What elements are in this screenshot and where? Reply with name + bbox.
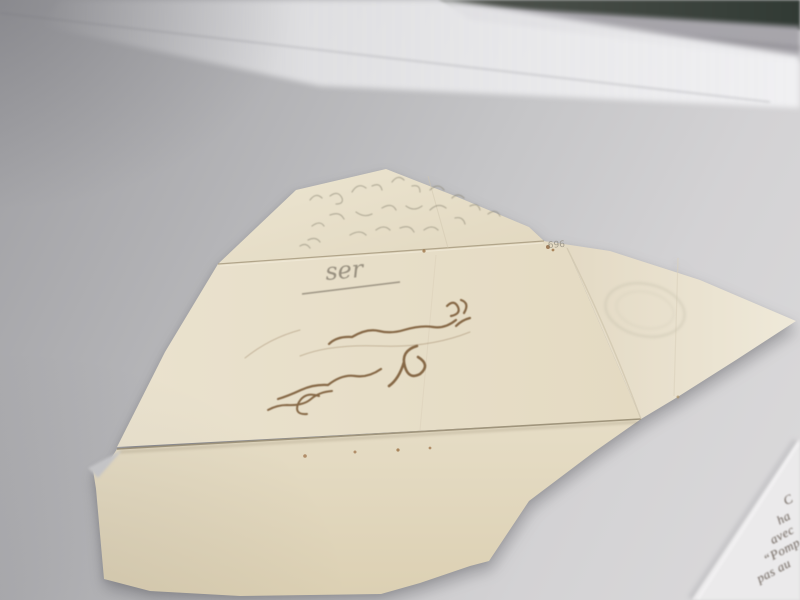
inventory-mark: 696	[548, 240, 566, 251]
museum-photo: ser 696 C ha avec “Pomp	[0, 0, 800, 600]
photo-layers: ser 696	[0, 0, 800, 600]
underlined-word: ser	[324, 255, 366, 286]
letter-sheet: ser 696	[93, 169, 796, 596]
letter-panel-middle	[117, 241, 641, 447]
